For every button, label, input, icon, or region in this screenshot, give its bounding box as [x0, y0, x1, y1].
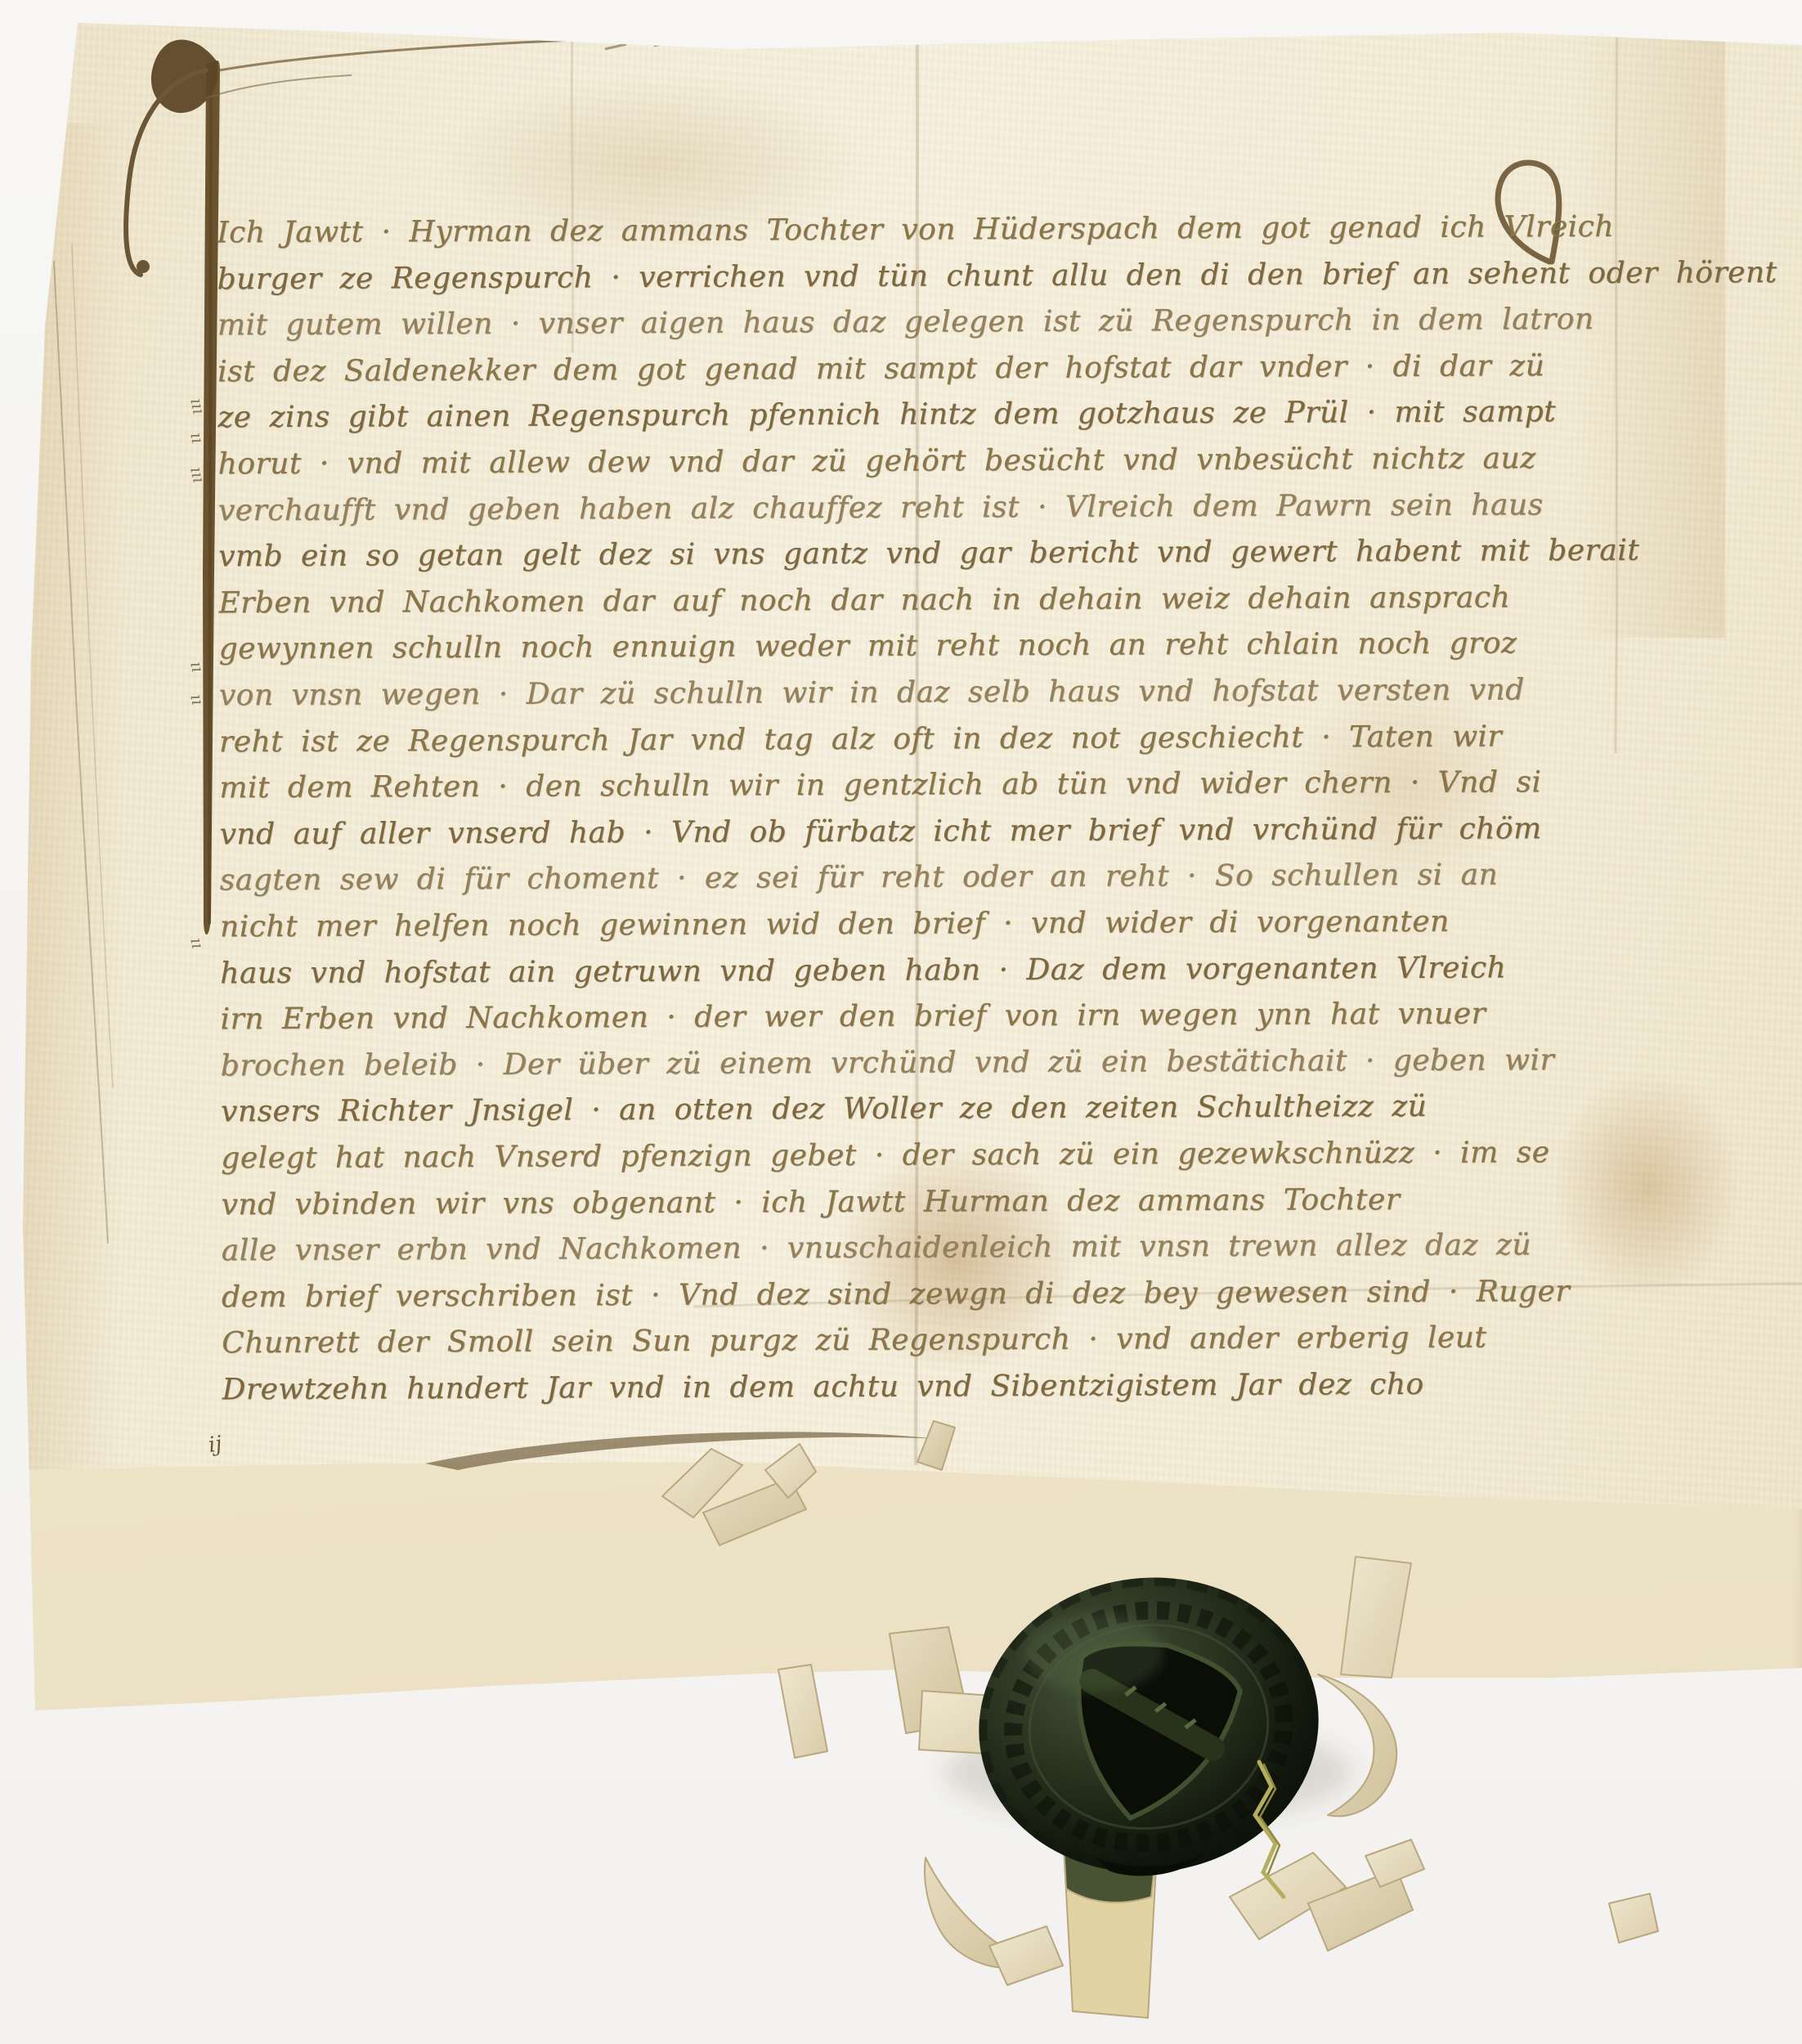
parchment-strip	[917, 1421, 955, 1470]
manuscript-line: vmb ein so getan gelt dez si vns gantz v…	[218, 529, 1802, 579]
manuscript-line: sagten sew di für choment · ez sei für r…	[220, 853, 1802, 903]
manuscript-line: Chunrett der Smoll sein Sun purgz zü Reg…	[222, 1316, 1802, 1365]
manuscript-line: vnsers Richter Jnsigel · an otten dez Wo…	[221, 1084, 1802, 1134]
seal-assembly	[605, 1374, 1701, 2044]
manuscript-line: mit dem Rehten · den schulln wir in gent…	[219, 760, 1802, 810]
manuscript-line: dem brief verschriben ist · Vnd dez sind…	[222, 1269, 1802, 1319]
illuminated-initial: I	[199, 47, 220, 108]
wax-seal	[962, 1558, 1336, 1892]
manuscript-line: von vnsn wegen · Dar zü schulln wir in d…	[219, 668, 1802, 718]
manuscript-line: burger ze Regenspurch · verrichen vnd tü…	[217, 251, 1802, 301]
manuscript-line: mit gutem willen · vnser aigen haus daz …	[217, 298, 1802, 347]
parchment-strip	[989, 1926, 1063, 1985]
manuscript-line: vnd vbinden wir vns obgenant · ich Jawtt…	[221, 1177, 1802, 1226]
parchment-strip	[1609, 1894, 1658, 1943]
manuscript-line: reht ist ze Regenspurch Jar vnd tag alz …	[219, 714, 1802, 764]
manuscript-line: irn Erben vnd Nachkomen · der wer den br…	[220, 992, 1802, 1042]
manuscript-line: ze zins gibt ainen Regenspurch pfennich …	[217, 390, 1802, 440]
manuscript-text-block: Ich Jawtt · Hyrman dez ammans Tochter vo…	[216, 0, 1802, 1475]
manuscript-line: ist dez Saldenekker dem got genad mit sa…	[217, 343, 1802, 393]
pen-scratches	[54, 245, 113, 1243]
parchment-strip	[778, 1665, 827, 1758]
manuscript-line: vnd auf aller vnserd hab · Vnd ob fürbat…	[219, 806, 1802, 856]
manuscript-line: alle vnser erbn vnd Nachkomen · vnuschai…	[222, 1223, 1802, 1273]
manuscript-line: gelegt hat nach Vnserd pfenzign gebet · …	[221, 1131, 1802, 1181]
manuscript-line: gewynnen schulln noch ennuign weder mit …	[218, 621, 1802, 671]
parchment-strip	[1341, 1557, 1411, 1678]
manuscript-line: Ich Jawtt · Hyrman dez ammans Tochter vo…	[217, 205, 1802, 255]
photo-of-charter: Ich Jawtt · Hyrman dez ammans Tochter vo…	[0, 0, 1802, 2044]
manuscript-line: verchaufft vnd geben haben alz chauffez …	[218, 482, 1802, 532]
manuscript-line: nicht mer helfen noch gewinnen wid den b…	[220, 899, 1802, 949]
manuscript-line: haus vnd hofstat ain getruwn vnd geben h…	[220, 945, 1802, 995]
manuscript-line: horut · vnd mit allew dew vnd dar zü geh…	[217, 437, 1802, 486]
manuscript-line: Erben vnd Nachkomen dar auf noch dar nac…	[218, 575, 1802, 625]
manuscript-line: brochen beleib · Der über zü einem vrchü…	[221, 1038, 1802, 1087]
